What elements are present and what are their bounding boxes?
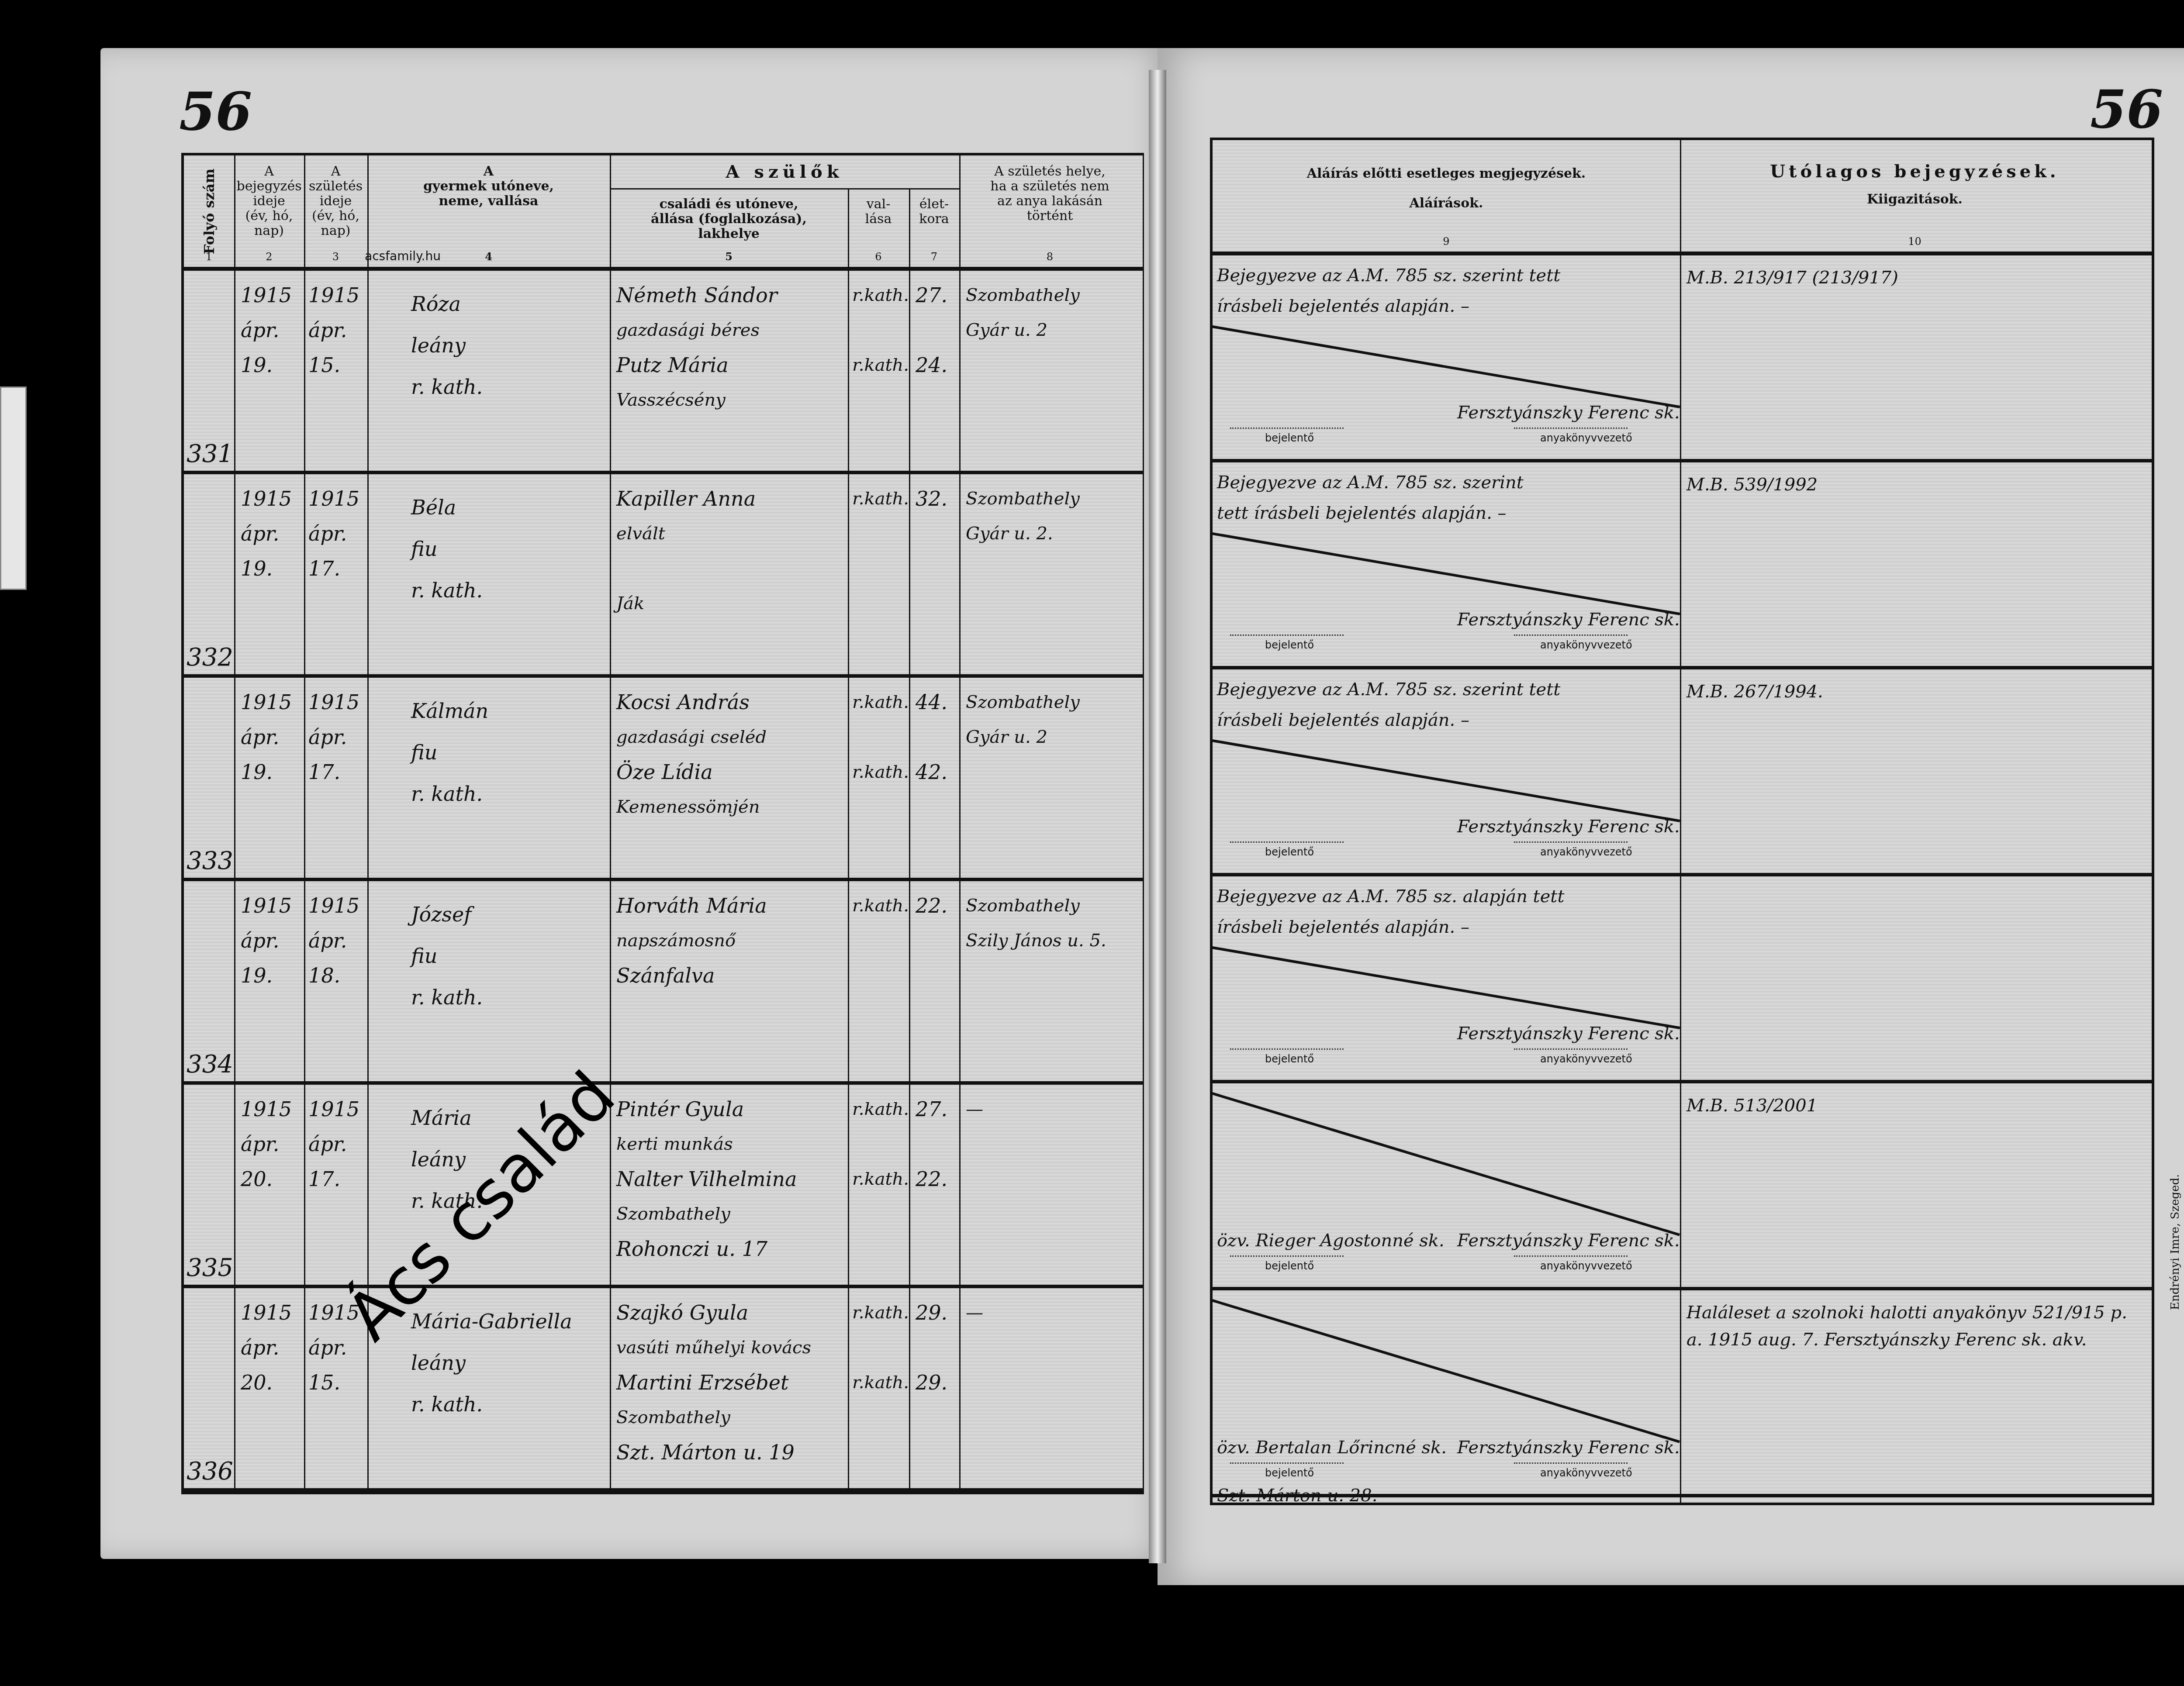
parent-info: gazdasági béres bbox=[616, 314, 760, 346]
parent-info: Ják bbox=[616, 588, 644, 619]
parent-info: Németh Sándor bbox=[616, 279, 778, 311]
birth-register-left-table: Folyó szám 1 Abejegyzésideje(év, hó,nap)… bbox=[181, 153, 1144, 1494]
reporter-signature: özv. Bertalan Lőrincné sk. bbox=[1217, 1432, 1447, 1463]
entry-date: 1915 bbox=[241, 1093, 292, 1125]
child-name: leány bbox=[411, 330, 466, 361]
reporter-label: bejelentő bbox=[1265, 639, 1314, 651]
later-entry: M.B. 513/2001 bbox=[1686, 1092, 2136, 1119]
refilm-tag-left-partial bbox=[0, 386, 27, 590]
registrar-line bbox=[1514, 634, 1628, 636]
registrar-line bbox=[1514, 1255, 1628, 1257]
entry-date: ápr. bbox=[241, 518, 279, 549]
child-name: r. kath. bbox=[411, 778, 483, 810]
registrar-label: anyakönyvvezető bbox=[1540, 846, 1632, 858]
birth-date: 1915 bbox=[308, 1093, 359, 1125]
birth-place: Szily János u. 5. bbox=[966, 925, 1106, 956]
registrar-label: anyakönyvvezető bbox=[1540, 1260, 1632, 1272]
record-row-left: 3321915ápr.19.1915ápr.17.Bélafiur. kath.… bbox=[184, 474, 1143, 678]
reporter-line bbox=[1230, 841, 1344, 843]
entry-date: ápr. bbox=[241, 721, 279, 753]
parent-info: Kapiller Anna bbox=[616, 483, 756, 514]
child-name: Kálmán bbox=[411, 695, 488, 727]
entry-date: 1915 bbox=[241, 483, 292, 514]
reporter-address: Szt. Márton u. 28. bbox=[1217, 1480, 1377, 1511]
reporter-label: bejelentő bbox=[1265, 1053, 1314, 1065]
birth-date: 1915 bbox=[308, 890, 359, 921]
parent-info: Horváth Mária bbox=[616, 890, 767, 921]
strike-line bbox=[1212, 325, 1680, 408]
birth-date: ápr. bbox=[308, 518, 347, 549]
religion: r.kath. bbox=[852, 1093, 909, 1125]
strike-line bbox=[1212, 946, 1680, 1029]
record-row-right: Bejegyezve az A.M. 785 sz. alapján tettí… bbox=[1213, 876, 2152, 1083]
header-col2: Abejegyzésideje(év, hó,nap) 2 bbox=[234, 155, 304, 267]
reporter-label: bejelentő bbox=[1265, 432, 1314, 444]
remark: Bejegyezve az A.M. 785 sz. szerint tett bbox=[1217, 674, 1560, 705]
reporter-line bbox=[1230, 634, 1344, 636]
parent-info: Öze Lídia bbox=[616, 756, 713, 788]
parent-info: Martini Erzsébet bbox=[616, 1367, 788, 1398]
birth-date: 1915 bbox=[308, 279, 359, 311]
reporter-signature: özv. Rieger Agostonné sk. bbox=[1217, 1225, 1444, 1256]
religion: r.kath. bbox=[852, 1297, 909, 1328]
remark: Bejegyezve az A.M. 785 sz. szerint bbox=[1217, 467, 1524, 498]
registrar-signature: Fersztyánszky Ferenc sk. bbox=[1457, 1432, 1680, 1463]
child-name: r. kath. bbox=[411, 371, 483, 403]
entry-date: 1915 bbox=[241, 890, 292, 921]
registrar-label: anyakönyvvezető bbox=[1540, 1053, 1632, 1065]
page-number-left: 56 bbox=[179, 81, 252, 142]
age: 29. bbox=[916, 1367, 947, 1398]
parent-info: Kemenessömjén bbox=[616, 791, 760, 823]
age: 32. bbox=[916, 483, 947, 514]
child-name: leány bbox=[411, 1144, 466, 1175]
later-entry: M.B. 539/1992 bbox=[1686, 471, 2136, 498]
reporter-label: bejelentő bbox=[1265, 846, 1314, 858]
parent-info: elvált bbox=[616, 518, 665, 549]
header-col10: Utólagos bejegyzések. Kiigazitások. 10 bbox=[1680, 140, 2149, 252]
birth-place: — bbox=[966, 1093, 983, 1125]
registrar-signature: Fersztyánszky Ferenc sk. bbox=[1457, 811, 1680, 842]
age: 27. bbox=[916, 1093, 947, 1125]
parents-group-header: A szülők bbox=[610, 155, 959, 190]
registrar-label: anyakönyvvezető bbox=[1540, 1467, 1632, 1479]
birth-date: ápr. bbox=[308, 1128, 347, 1160]
birth-date: 17. bbox=[308, 553, 340, 584]
reporter-line bbox=[1230, 1462, 1344, 1464]
record-row-left: 3361915ápr.20.1915ápr.15.Mária-Gabriella… bbox=[184, 1288, 1143, 1492]
record-number: 335 bbox=[187, 1254, 233, 1282]
later-entry: M.B. 267/1994. bbox=[1686, 678, 2136, 705]
parent-info: Szajkó Gyula bbox=[616, 1297, 748, 1328]
child-name: József bbox=[411, 899, 471, 930]
entry-date: 1915 bbox=[241, 1297, 292, 1328]
age: 44. bbox=[916, 686, 947, 718]
page-number-right: 56 bbox=[2090, 79, 2163, 140]
birth-place: Gyár u. 2 bbox=[966, 314, 1047, 346]
parent-info: napszámosnő bbox=[616, 925, 736, 956]
record-row-left: 3311915ápr.19.1915ápr.15.Rózaleányr. kat… bbox=[184, 271, 1143, 474]
reporter-label: bejelentő bbox=[1265, 1467, 1314, 1479]
reporter-line bbox=[1230, 1255, 1344, 1257]
record-number: 331 bbox=[187, 440, 233, 468]
entry-date: 19. bbox=[241, 960, 273, 991]
parent-info: vasúti műhelyi kovács bbox=[616, 1332, 811, 1363]
religion: r.kath. bbox=[852, 890, 909, 921]
right-header: Aláírás előtti esetleges megjegyzések. A… bbox=[1213, 140, 2152, 255]
registrar-line bbox=[1514, 1462, 1628, 1464]
record-row-right: özv. Bertalan Lőrincné sk.Fersztyánszky … bbox=[1213, 1290, 2152, 1497]
child-name: Mária bbox=[411, 1102, 472, 1134]
parent-info: kerti munkás bbox=[616, 1128, 733, 1160]
record-row-right: Bejegyezve az A.M. 785 sz. szerint tettí… bbox=[1213, 255, 2152, 462]
registrar-signature: Fersztyánszky Ferenc sk. bbox=[1457, 604, 1680, 635]
birth-place: Szombathely bbox=[966, 483, 1080, 514]
birth-date: 1915 bbox=[308, 686, 359, 718]
entry-date: 19. bbox=[241, 349, 273, 381]
book-gutter bbox=[1149, 70, 1166, 1563]
religion: r.kath. bbox=[852, 1163, 909, 1195]
header-col8: A születés helye,ha a születés nemaz any… bbox=[959, 155, 1140, 267]
parent-info: Szombathely bbox=[616, 1402, 730, 1433]
birth-place: — bbox=[966, 1297, 983, 1328]
record-number: 336 bbox=[187, 1457, 233, 1486]
record-number: 334 bbox=[187, 1050, 233, 1079]
child-name: r. kath. bbox=[411, 982, 483, 1013]
birth-place: Szombathely bbox=[966, 890, 1080, 921]
record-row-right: Bejegyezve az A.M. 785 sz. szerint tettí… bbox=[1213, 669, 2152, 876]
religion: r.kath. bbox=[852, 686, 909, 718]
religion: r.kath. bbox=[852, 483, 909, 514]
birth-date: 1915 bbox=[308, 483, 359, 514]
header-col7: élet-kora 7 bbox=[909, 188, 959, 267]
registrar-signature: Fersztyánszky Ferenc sk. bbox=[1457, 1225, 1680, 1256]
entry-date: 20. bbox=[241, 1367, 273, 1398]
birth-date: 15. bbox=[308, 349, 340, 381]
age: 24. bbox=[916, 349, 947, 381]
religion: r.kath. bbox=[852, 279, 909, 311]
record-row-right: Bejegyezve az A.M. 785 sz. szerinttett í… bbox=[1213, 462, 2152, 669]
remark: írásbeli bejelentés alapján. – bbox=[1217, 911, 1469, 943]
child-name: r. kath. bbox=[411, 1389, 483, 1420]
child-name: fiu bbox=[411, 940, 437, 972]
parent-info: Nalter Vilhelmina bbox=[616, 1163, 797, 1195]
header-col1: Folyó szám 1 bbox=[184, 155, 234, 267]
child-name: fiu bbox=[411, 737, 437, 768]
strike-line bbox=[1212, 532, 1680, 615]
entry-date: ápr. bbox=[241, 1332, 279, 1363]
strike-line bbox=[1212, 1299, 1680, 1443]
registrar-line bbox=[1514, 1048, 1628, 1050]
birth-register-right-table: Aláírás előtti esetleges megjegyzések. A… bbox=[1210, 138, 2154, 1505]
registrar-signature: Fersztyánszky Ferenc sk. bbox=[1457, 397, 1680, 428]
watermark-site: acsfamily.hu bbox=[365, 249, 441, 263]
header-col9: Aláírás előtti esetleges megjegyzések. A… bbox=[1213, 140, 1680, 252]
religion: r.kath. bbox=[852, 756, 909, 788]
registrar-label: anyakönyvvezető bbox=[1540, 432, 1632, 444]
entry-date: 19. bbox=[241, 553, 273, 584]
remark: írásbeli bejelentés alapján. – bbox=[1217, 704, 1469, 736]
birth-date: 17. bbox=[308, 756, 340, 788]
age: 29. bbox=[916, 1297, 947, 1328]
reporter-label: bejelentő bbox=[1265, 1260, 1314, 1272]
parent-info: Putz Mária bbox=[616, 349, 729, 381]
entry-date: 1915 bbox=[241, 686, 292, 718]
birth-date: 15. bbox=[308, 1367, 340, 1398]
birth-date: ápr. bbox=[308, 925, 347, 956]
record-row-left: 3341915ápr.19.1915ápr.18.Józseffiur. kat… bbox=[184, 881, 1143, 1085]
record-row-left: 3351915ápr.20.1915ápr.17.Márialeányr. ka… bbox=[184, 1085, 1143, 1288]
parent-info: Vasszécsény bbox=[616, 384, 726, 416]
child-name: fiu bbox=[411, 533, 437, 565]
entry-date: 1915 bbox=[241, 279, 292, 311]
reporter-line bbox=[1230, 428, 1344, 429]
birth-date: ápr. bbox=[308, 721, 347, 753]
registrar-line bbox=[1514, 841, 1628, 843]
registrar-label: anyakönyvvezető bbox=[1540, 639, 1632, 651]
child-name: Róza bbox=[411, 288, 461, 320]
age: 27. bbox=[916, 279, 947, 311]
age: 22. bbox=[916, 890, 947, 921]
record-row-left: 3331915ápr.19.1915ápr.17.Kálmánfiur. kat… bbox=[184, 678, 1143, 881]
strike-line bbox=[1212, 1092, 1680, 1236]
remark: tett írásbeli bejelentés alapján. – bbox=[1217, 497, 1507, 529]
entry-date: ápr. bbox=[241, 314, 279, 346]
birth-date: ápr. bbox=[308, 314, 347, 346]
remark: Bejegyezve az A.M. 785 sz. alapján tett bbox=[1217, 881, 1565, 912]
parent-info: Kocsi András bbox=[616, 686, 750, 718]
registrar-signature: Fersztyánszky Ferenc sk. bbox=[1457, 1018, 1680, 1049]
birth-place: Gyár u. 2. bbox=[966, 518, 1053, 549]
header-col6: val-lása 6 bbox=[848, 188, 909, 267]
child-name: Béla bbox=[411, 492, 456, 523]
entry-date: ápr. bbox=[241, 1128, 279, 1160]
child-name: Mária-Gabriella bbox=[411, 1306, 572, 1337]
entry-date: 20. bbox=[241, 1163, 273, 1195]
header-col3: Aszületésideje(év, hó,nap) 3 bbox=[304, 155, 367, 267]
birth-place: Gyár u. 2 bbox=[966, 721, 1047, 753]
parent-info: Szt. Márton u. 19 bbox=[616, 1437, 795, 1468]
child-name: leány bbox=[411, 1347, 466, 1379]
reporter-line bbox=[1230, 1048, 1344, 1050]
parent-info: Szánfalva bbox=[616, 960, 715, 991]
header-col5: családi és utóneve,állása (foglalkozása)… bbox=[610, 188, 848, 267]
child-name: r. kath. bbox=[411, 575, 483, 606]
religion: r.kath. bbox=[852, 1367, 909, 1398]
later-entry: Haláleset a szolnoki halotti anyakönyv 5… bbox=[1686, 1299, 2136, 1353]
entry-date: 19. bbox=[241, 756, 273, 788]
parent-info: Rohonczi u. 17 bbox=[616, 1233, 767, 1265]
printer-imprint: Endrényi Imre, Szeged. bbox=[2169, 1174, 2182, 1310]
record-number: 332 bbox=[187, 643, 233, 672]
entry-date: ápr. bbox=[241, 925, 279, 956]
remark: írásbeli bejelentés alapján. – bbox=[1217, 290, 1469, 322]
parent-info: gazdasági cseléd bbox=[616, 721, 767, 753]
later-entry: M.B. 213/917 (213/917) bbox=[1686, 264, 2136, 291]
birth-place: Szombathely bbox=[966, 279, 1080, 311]
remark: Bejegyezve az A.M. 785 sz. szerint tett bbox=[1217, 260, 1560, 291]
religion: r.kath. bbox=[852, 349, 909, 381]
parent-info: Szombathely bbox=[616, 1198, 730, 1230]
birth-date: ápr. bbox=[308, 1332, 347, 1363]
birth-date: 18. bbox=[308, 960, 340, 991]
age: 22. bbox=[916, 1163, 947, 1195]
parent-info: Pintér Gyula bbox=[616, 1093, 744, 1125]
age: 42. bbox=[916, 756, 947, 788]
registrar-line bbox=[1514, 428, 1628, 429]
left-header: Folyó szám 1 Abejegyzésideje(év, hó,nap)… bbox=[184, 155, 1143, 271]
record-number: 333 bbox=[187, 847, 233, 875]
birth-place: Szombathely bbox=[966, 686, 1080, 718]
record-row-right: özv. Rieger Agostonné sk.Fersztyánszky F… bbox=[1213, 1083, 2152, 1290]
strike-line bbox=[1212, 739, 1680, 822]
birth-date: 17. bbox=[308, 1163, 340, 1195]
